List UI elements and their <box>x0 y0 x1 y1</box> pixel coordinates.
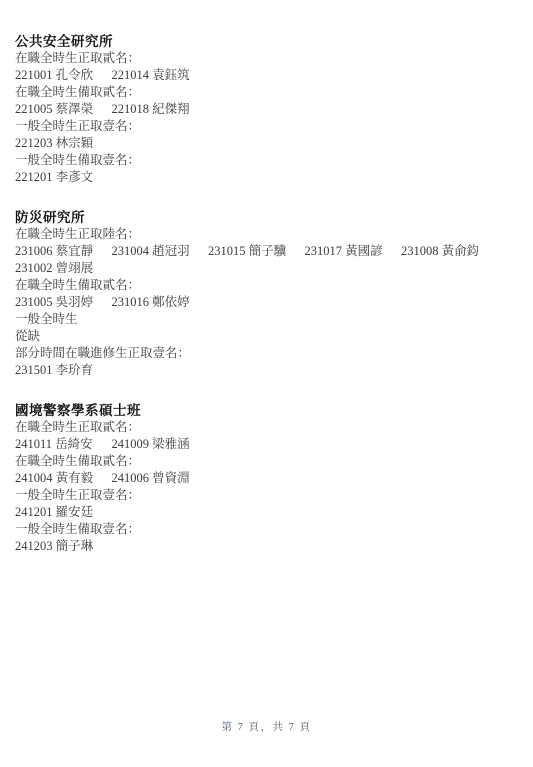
document-page: 公共安全研究所在職全時生正取貳名：221001 孔令欣221014 袁鈺筑在職全… <box>0 0 533 767</box>
student-entry: 231004 趙冠羽 <box>112 243 209 260</box>
student-entry: 221001 孔令欣 <box>15 67 112 84</box>
category-label: 從缺 <box>15 328 521 345</box>
category-label: 一般全時生備取壹名： <box>15 152 521 169</box>
category-label: 在職全時生正取貳名： <box>15 419 521 436</box>
student-entry: 241011 岳綺安 <box>15 436 112 453</box>
student-entry: 221018 紀傑翔 <box>112 101 190 118</box>
category-label: 一般全時生正取壹名： <box>15 118 521 135</box>
admitted-students-row: 221001 孔令欣221014 袁鈺筑 <box>15 67 521 84</box>
department-section: 防災研究所在職全時生正取陸名：231006 蔡宜靜231004 趙冠羽23101… <box>15 209 521 379</box>
student-entry: 231006 蔡宜靜 <box>15 243 112 260</box>
department-title: 公共安全研究所 <box>15 33 521 50</box>
student-entry: 221014 袁鈺筑 <box>112 67 190 84</box>
student-entry: 231008 黃俞鈞 <box>401 243 479 260</box>
student-entry: 221203 林宗穎 <box>15 135 93 152</box>
category-label: 在職全時生正取貳名： <box>15 50 521 67</box>
student-entry: 241004 黃有毅 <box>15 470 112 487</box>
admitted-students-row: 231002 曾翊展 <box>15 260 521 277</box>
category-label: 在職全時生備取貳名： <box>15 277 521 294</box>
admitted-students-row: 241203 簡子琳 <box>15 538 521 555</box>
category-label: 在職全時生正取陸名： <box>15 226 521 243</box>
student-entry: 241203 簡子琳 <box>15 538 93 555</box>
student-entry: 231015 簡子驥 <box>208 243 305 260</box>
student-entry: 221201 李彥文 <box>15 169 93 186</box>
student-entry: 241006 曾資淵 <box>112 470 190 487</box>
student-entry: 241201 羅安廷 <box>15 504 93 521</box>
student-entry: 231002 曾翊展 <box>15 260 93 277</box>
department-title: 防災研究所 <box>15 209 521 226</box>
page-number-text: 第 7 頁，共 7 頁 <box>222 722 312 733</box>
student-entry: 231016 鄭依婷 <box>112 294 190 311</box>
student-entry: 221005 蔡澤榮 <box>15 101 112 118</box>
category-label: 部分時間在職進修生正取壹名： <box>15 345 521 362</box>
department-section: 國境警察學系碩士班在職全時生正取貳名：241011 岳綺安241009 梁雅涵在… <box>15 402 521 555</box>
category-label: 在職全時生備取貳名： <box>15 84 521 101</box>
category-label: 一般全時生正取壹名： <box>15 487 521 504</box>
admitted-students-row: 241011 岳綺安241009 梁雅涵 <box>15 436 521 453</box>
admitted-students-row: 221201 李彥文 <box>15 169 521 186</box>
admitted-students-row: 241201 羅安廷 <box>15 504 521 521</box>
category-label: 一般全時生 <box>15 311 521 328</box>
student-entry: 231017 黃國諺 <box>305 243 402 260</box>
department-title: 國境警察學系碩士班 <box>15 402 521 419</box>
admission-results-list: 公共安全研究所在職全時生正取貳名：221001 孔令欣221014 袁鈺筑在職全… <box>0 0 533 555</box>
category-label: 一般全時生備取壹名： <box>15 521 521 538</box>
student-entry: 231005 吳羽婷 <box>15 294 112 311</box>
admitted-students-row: 231005 吳羽婷231016 鄭依婷 <box>15 294 521 311</box>
page-footer: 第 7 頁，共 7 頁 <box>0 721 533 735</box>
student-entry: 241009 梁雅涵 <box>112 436 190 453</box>
student-entry: 231501 李玠育 <box>15 362 93 379</box>
admitted-students-row: 221203 林宗穎 <box>15 135 521 152</box>
category-label: 在職全時生備取貳名： <box>15 453 521 470</box>
admitted-students-row: 231501 李玠育 <box>15 362 521 379</box>
admitted-students-row: 221005 蔡澤榮221018 紀傑翔 <box>15 101 521 118</box>
department-section: 公共安全研究所在職全時生正取貳名：221001 孔令欣221014 袁鈺筑在職全… <box>15 33 521 186</box>
admitted-students-row: 241004 黃有毅241006 曾資淵 <box>15 470 521 487</box>
admitted-students-row: 231006 蔡宜靜231004 趙冠羽231015 簡子驥231017 黃國諺… <box>15 243 521 260</box>
